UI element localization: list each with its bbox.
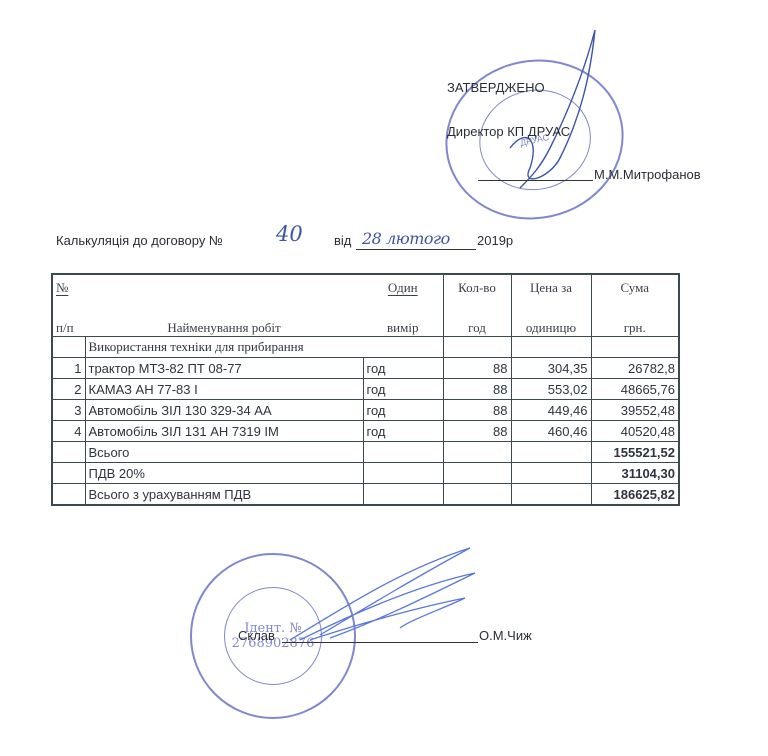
table-row: 4 Автомобіль ЗІЛ 131 АН 7319 ІМ год 88 4… bbox=[52, 421, 679, 442]
header-price-bottom: одиницю bbox=[511, 300, 591, 337]
row-qty: 88 bbox=[443, 421, 511, 442]
total-empty-cell bbox=[363, 442, 443, 463]
approval-name: М.М.Митрофанов bbox=[594, 167, 701, 182]
row-name: Автомобіль ЗІЛ 131 АН 7319 ІМ bbox=[85, 421, 363, 442]
row-price: 553,02 bbox=[511, 379, 591, 400]
date-prefix: від bbox=[334, 233, 351, 248]
approval-signature-line bbox=[478, 180, 593, 181]
row-sum: 39552,48 bbox=[591, 400, 679, 421]
header-sum-bottom: грн. bbox=[591, 300, 679, 337]
approval-position: Директор КП ДРУАС bbox=[447, 124, 570, 139]
header-name: Найменування робіт bbox=[85, 300, 363, 337]
header-qty-top: Кол-во bbox=[443, 274, 511, 300]
table-row: 3 Автомобіль ЗІЛ 130 329-34 АА год 88 44… bbox=[52, 400, 679, 421]
compiler-signature-line bbox=[282, 642, 478, 643]
date-line bbox=[356, 249, 476, 250]
section-empty-cell bbox=[591, 337, 679, 358]
total-label: Всього bbox=[85, 442, 363, 463]
calculation-table: № Один Кол-во Цена за Сума п/п Найменува… bbox=[51, 273, 680, 506]
header-row-bottom: п/п Найменування робіт вимір год одиницю… bbox=[52, 300, 679, 337]
section-empty-cell bbox=[511, 337, 591, 358]
row-qty: 88 bbox=[443, 400, 511, 421]
total-empty-cell bbox=[511, 442, 591, 463]
approval-title: ЗАТВЕРДЖЕНО bbox=[447, 80, 545, 95]
grand-total-empty-cell bbox=[443, 484, 511, 506]
section-title: Використання техніки для прибирання bbox=[85, 337, 443, 358]
vat-value: 31104,30 bbox=[591, 463, 679, 484]
row-price: 449,46 bbox=[511, 400, 591, 421]
grand-total-label: Всього з урахуванням ПДВ bbox=[85, 484, 363, 506]
section-empty-cell bbox=[443, 337, 511, 358]
header-price-top: Цена за bbox=[511, 274, 591, 300]
header-unit-top: Один bbox=[363, 274, 443, 300]
row-name: трактор МТЗ-82 ПТ 08-77 bbox=[85, 358, 363, 379]
header-name-top bbox=[85, 274, 363, 300]
row-price: 460,46 bbox=[511, 421, 591, 442]
vat-row: ПДВ 20% 31104,30 bbox=[52, 463, 679, 484]
row-unit: год bbox=[363, 358, 443, 379]
row-num: 3 bbox=[52, 400, 85, 421]
section-row: Використання техніки для прибирання bbox=[52, 337, 679, 358]
header-num-bottom: п/п bbox=[52, 300, 85, 337]
header-sum-top: Сума bbox=[591, 274, 679, 300]
row-num: 4 bbox=[52, 421, 85, 442]
total-num-cell bbox=[52, 442, 85, 463]
header-qty-bottom: год bbox=[443, 300, 511, 337]
grand-total-empty-cell bbox=[511, 484, 591, 506]
row-price: 304,35 bbox=[511, 358, 591, 379]
compiler-signature bbox=[280, 540, 480, 650]
compiler-name: О.М.Чиж bbox=[479, 628, 532, 643]
row-name: Автомобіль ЗІЛ 130 329-34 АА bbox=[85, 400, 363, 421]
total-empty-cell bbox=[443, 442, 511, 463]
calculation-label: Калькуляція до договору № bbox=[56, 233, 223, 248]
vat-num-cell bbox=[52, 463, 85, 484]
table-row: 1 трактор МТЗ-82 ПТ 08-77 год 88 304,35 … bbox=[52, 358, 679, 379]
vat-empty-cell bbox=[443, 463, 511, 484]
contract-number: 40 bbox=[276, 222, 303, 246]
row-qty: 88 bbox=[443, 379, 511, 400]
date-year: 2019р bbox=[477, 233, 513, 248]
approval-signature bbox=[490, 28, 610, 198]
grand-total-value: 186625,82 bbox=[591, 484, 679, 506]
compiler-label: Склав bbox=[238, 628, 275, 643]
row-qty: 88 bbox=[443, 358, 511, 379]
date-handwritten: 28 лютого bbox=[362, 229, 450, 248]
grand-total-row: Всього з урахуванням ПДВ 186625,82 bbox=[52, 484, 679, 506]
row-unit: год bbox=[363, 400, 443, 421]
row-sum: 48665,76 bbox=[591, 379, 679, 400]
grand-total-num-cell bbox=[52, 484, 85, 506]
table-row: 2 КАМАЗ АН 77-83 І год 88 553,02 48665,7… bbox=[52, 379, 679, 400]
header-row-top: № Один Кол-во Цена за Сума bbox=[52, 274, 679, 300]
row-sum: 40520,48 bbox=[591, 421, 679, 442]
row-name: КАМАЗ АН 77-83 І bbox=[85, 379, 363, 400]
section-num-cell bbox=[52, 337, 85, 358]
vat-empty-cell bbox=[363, 463, 443, 484]
vat-empty-cell bbox=[511, 463, 591, 484]
total-value: 155521,52 bbox=[591, 442, 679, 463]
row-num: 1 bbox=[52, 358, 85, 379]
header-unit-bottom: вимір bbox=[363, 300, 443, 337]
row-sum: 26782,8 bbox=[591, 358, 679, 379]
vat-label: ПДВ 20% bbox=[85, 463, 363, 484]
header-num-top: № bbox=[52, 274, 85, 300]
row-num: 2 bbox=[52, 379, 85, 400]
row-unit: год bbox=[363, 421, 443, 442]
grand-total-empty-cell bbox=[363, 484, 443, 506]
row-unit: год bbox=[363, 379, 443, 400]
total-row: Всього 155521,52 bbox=[52, 442, 679, 463]
